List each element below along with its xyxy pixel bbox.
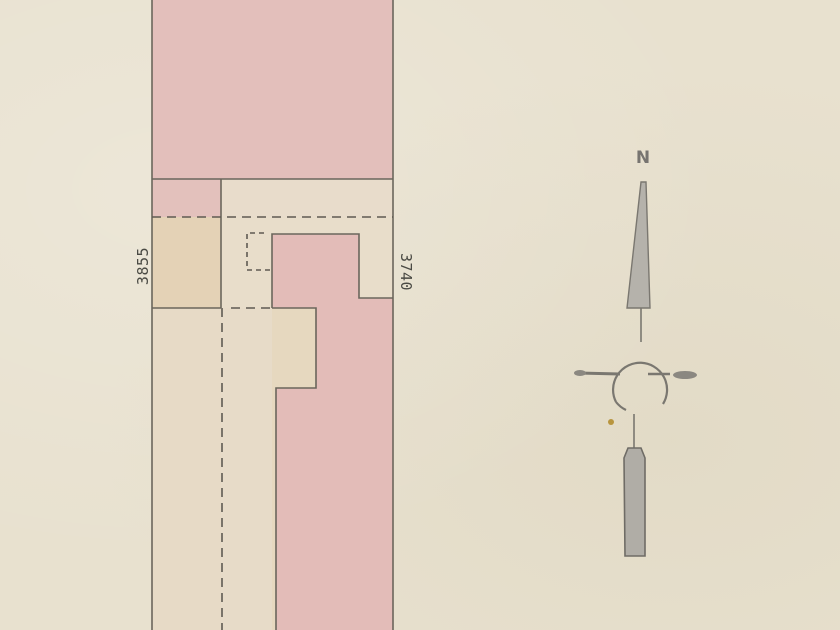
lot-lower-left	[152, 308, 221, 630]
dimension-label-left: 3855	[134, 247, 152, 285]
passage-upper	[221, 179, 393, 217]
dimension-label-right: 3740	[397, 253, 415, 291]
building-small-strip	[152, 179, 221, 217]
ink-speck	[608, 419, 614, 425]
north-arrow-icon	[574, 182, 697, 556]
north-label: N	[636, 148, 650, 168]
passage-lower	[221, 308, 276, 630]
site-plan-sheet: 3855 3740 N	[0, 0, 840, 630]
site-plan-drawing	[0, 0, 840, 630]
yard-tan	[152, 217, 221, 308]
building-north	[152, 0, 393, 179]
